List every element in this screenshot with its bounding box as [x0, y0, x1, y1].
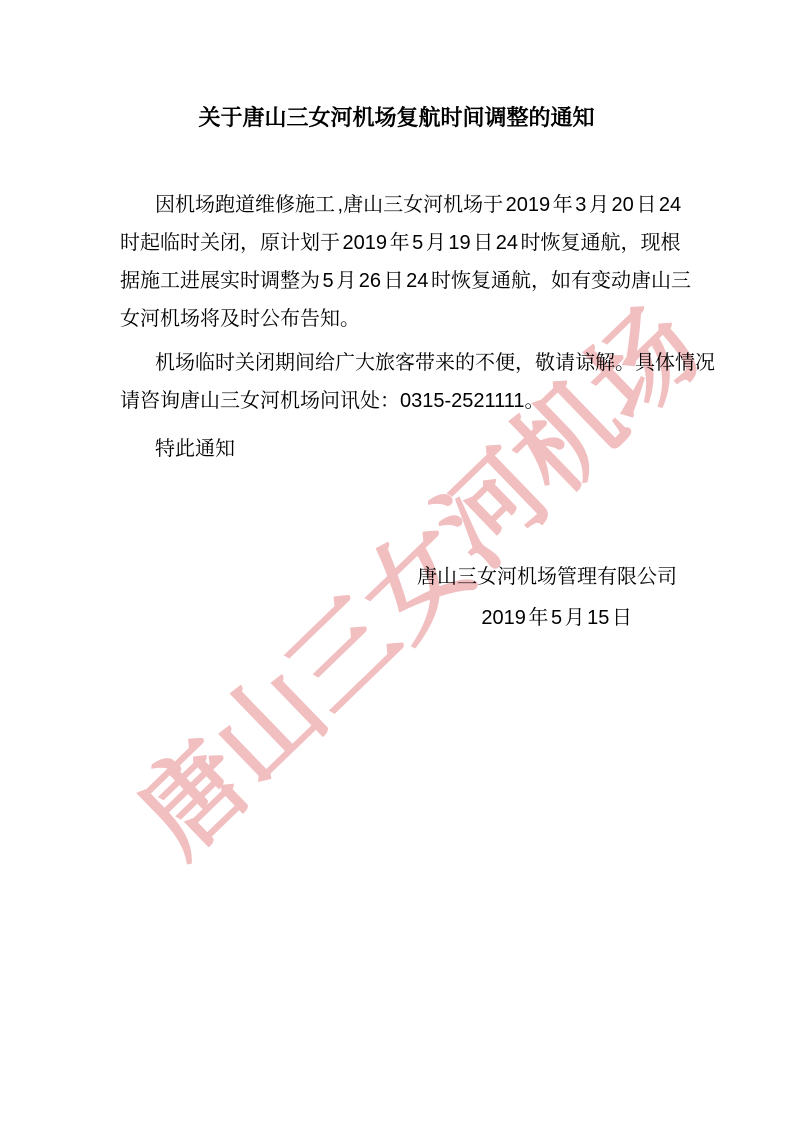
- paragraph1-line3: 据施工进展实时调整为 5 月 26 日 24 时恢复通航，如有变动唐山三: [120, 262, 673, 300]
- signature-date: 2019 年 5 月 15 日: [120, 599, 673, 637]
- document-content: 关于唐山三女河机场复航时间调整的通知 因机场跑道维修施工 ,唐山三女河机场于 2…: [0, 104, 793, 637]
- closing-line: 特此通知: [120, 430, 673, 468]
- paragraph1-line4: 女河机场将及时公布告知。: [120, 300, 673, 338]
- paragraph1-line1: 因机场跑道维修施工 ,唐山三女河机场于 2019 年 3 月 20 日 24: [120, 186, 673, 224]
- paragraph1-line2: 时起临时关闭，原计划于 2019 年 5 月 19 日 24 时恢复通航，现根: [120, 224, 673, 262]
- paragraph2-line1: 机场临时关闭期间给广大旅客带来的不便，敬请谅解。具体情况: [120, 344, 673, 382]
- paragraph2-line2: 请咨询唐山三女河机场问讯处：0315-2521111。: [120, 382, 673, 420]
- document-title: 关于唐山三女河机场复航时间调整的通知: [120, 104, 673, 132]
- document-page: 唐山三女河机场 关于唐山三女河机场复航时间调整的通知 因机场跑道维修施工 ,唐山…: [0, 0, 793, 1122]
- signature-company: 唐山三女河机场管理有限公司: [120, 558, 677, 596]
